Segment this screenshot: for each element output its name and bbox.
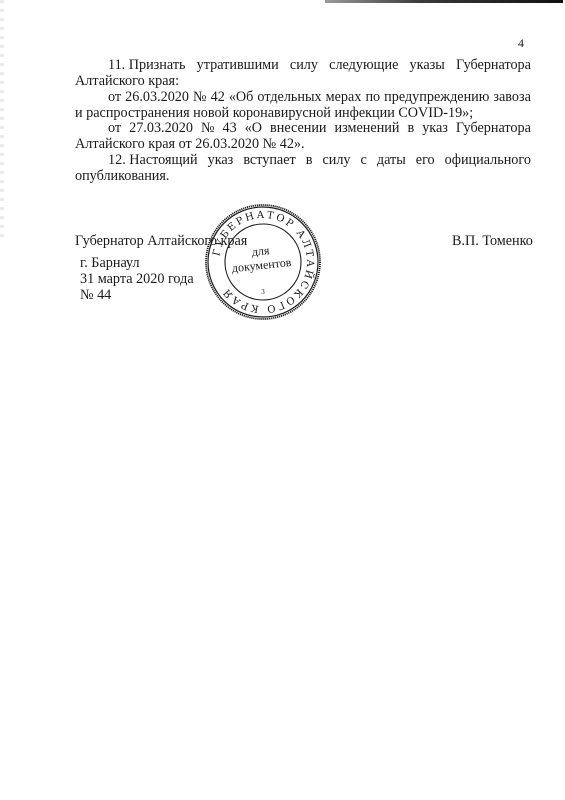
signatory-name: В.П. Томенко: [452, 233, 533, 249]
decree-number: № 44: [80, 287, 194, 303]
body-word: вступает: [243, 152, 295, 168]
body-word: 26.03.2020: [125, 89, 189, 105]
body-word: «О: [245, 120, 262, 136]
body-word: даты: [377, 152, 406, 168]
body-word: отдельных: [257, 89, 321, 105]
body-word: №: [193, 89, 207, 105]
body-word: 43: [223, 120, 237, 136]
body-word: официального: [445, 152, 531, 168]
body-word: мерах: [326, 89, 362, 105]
body-line: Алтайского края от 26.03.2020 № 42».: [75, 136, 531, 152]
body-word: завоза: [493, 89, 531, 105]
body-word: предупреждению: [384, 89, 489, 105]
body-word: изменений: [335, 120, 400, 136]
body-word: 42: [211, 89, 225, 105]
scan-left-edge: [0, 0, 4, 240]
body-word: его: [416, 152, 435, 168]
body-line: опубликования.: [75, 168, 531, 184]
body-line: 11. Признатьутратившимисилуследующиеуказ…: [108, 57, 531, 73]
body-word: от: [108, 89, 121, 105]
body-line: Алтайского края:: [75, 73, 531, 89]
stamp-center-line2: документов: [231, 255, 292, 275]
scan-edge-bar: [325, 0, 563, 3]
body-line: 12. Настоящийуказвступаетвсилусдатыегооф…: [108, 152, 531, 168]
page-number: 4: [518, 36, 524, 51]
place-date-block: г. Барнаул 31 марта 2020 года № 44: [80, 255, 194, 303]
body-word: в: [306, 152, 313, 168]
body-word: указы: [410, 57, 445, 73]
body-word: 27.03.2020: [129, 120, 193, 136]
body-word: указ: [422, 120, 448, 136]
body-word: №: [201, 120, 215, 136]
city: г. Барнаул: [80, 255, 194, 271]
official-stamp-icon: ГУБЕРНАТОР АЛТАЙСКОГО КРАЯ для документо…: [204, 203, 322, 321]
body-word: по: [365, 89, 380, 105]
body-word: 11. Признать: [108, 57, 185, 73]
body-word: силу: [290, 57, 318, 73]
body-word: указ: [208, 152, 234, 168]
decree-date: 31 марта 2020 года: [80, 271, 194, 287]
body-line: и распространения новой коронавирусной и…: [75, 105, 531, 121]
body-word: в: [407, 120, 414, 136]
body-word: Губернатора: [456, 120, 531, 136]
body-word: от: [108, 120, 121, 136]
body-word: Губернатора: [456, 57, 531, 73]
body-word: с: [361, 152, 367, 168]
body-line: от27.03.2020№43«ОвнесенииизмененийвуказГ…: [108, 120, 531, 136]
body-word: 12. Настоящий: [108, 152, 198, 168]
body-line: от26.03.2020№42«Оботдельныхмерахпопредуп…: [108, 89, 531, 105]
stamp-number: 3: [261, 288, 265, 296]
body-word: «Об: [229, 89, 254, 105]
body-word: внесении: [270, 120, 327, 136]
body-word: утратившими: [197, 57, 279, 73]
body-word: силу: [322, 152, 350, 168]
body-word: следующие: [329, 57, 398, 73]
